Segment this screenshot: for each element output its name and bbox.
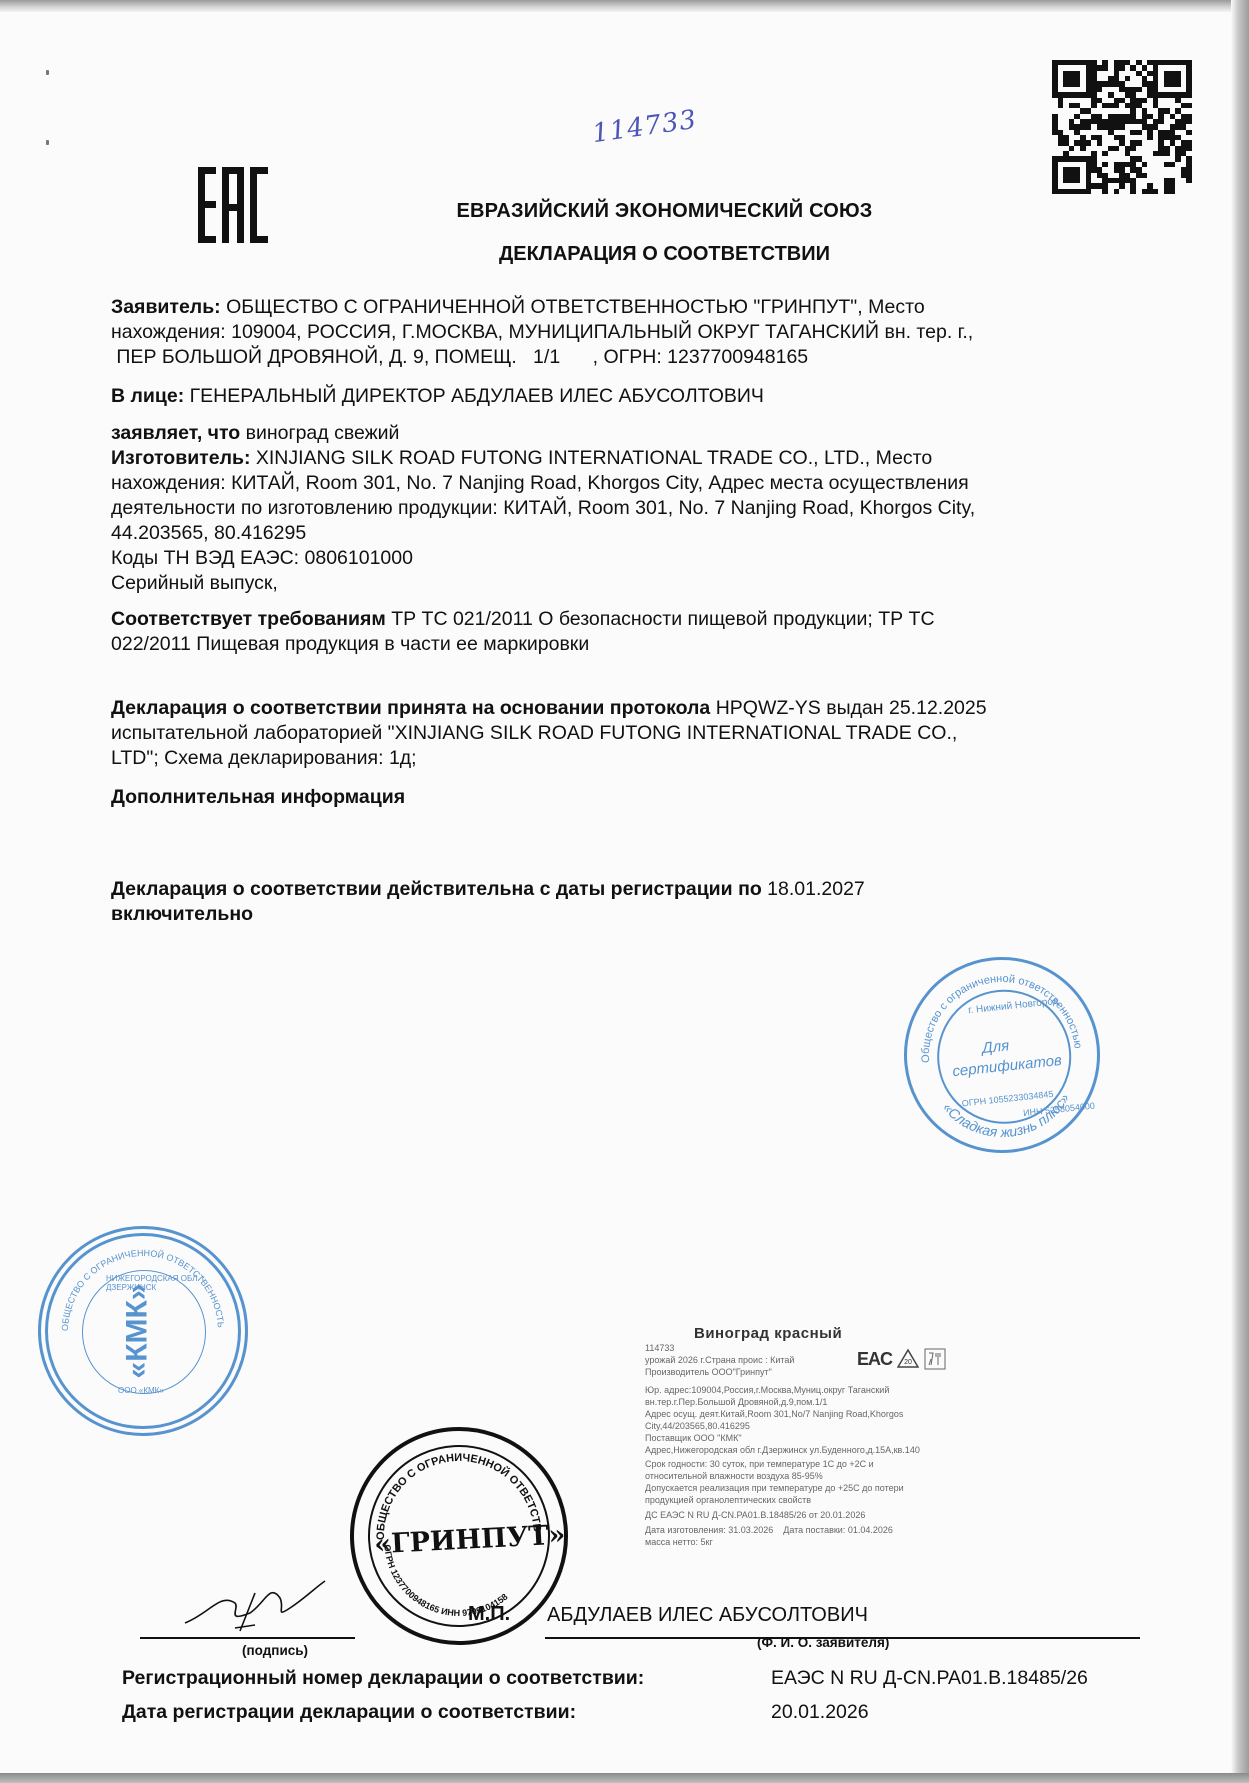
- eac-mark-icon: EAC: [857, 1353, 892, 1365]
- scan-speck: [46, 140, 49, 145]
- validity-suffix: включительно: [111, 903, 253, 925]
- signature-scribble: [180, 1573, 330, 1633]
- stamp-greenput: ОБЩЕСТВО С ОГРАНИЧЕННОЙ ОТВЕТСТВЕННОСТЬЮ…: [344, 1421, 573, 1650]
- document-title: ДЕКЛАРАЦИЯ О СООТВЕТСТВИИ: [0, 243, 1249, 266]
- label-lines-body: Юр. адрес:109004,Россия,г.Москва,Муниц.о…: [645, 1384, 920, 1548]
- label-title: Виноград красный: [694, 1328, 842, 1340]
- compliance-value: ТР ТС 021/2011 О безопасности пищевой пр…: [386, 608, 935, 630]
- release-type: Серийный выпуск,: [111, 571, 1151, 596]
- handwritten-number: 114733: [590, 105, 698, 149]
- represented-by-label: В лице:: [111, 385, 184, 407]
- stamp-center-1: Для: [981, 1037, 1010, 1057]
- scan-edge-right: [1231, 0, 1249, 1783]
- qr-code-icon: [1052, 60, 1192, 194]
- mp-mark: М.П.: [468, 1603, 510, 1626]
- scan-speck: [46, 70, 49, 75]
- label-icons: EAC 20: [857, 1348, 946, 1370]
- applicant-address-line: ПЕР БОЛЬШОЙ ДРОВЯНОЙ, Д. 9, ПОМЕЩ. 1/1 ,…: [111, 345, 1151, 370]
- label-line: Срок годности: 30 суток, при температуре…: [645, 1458, 920, 1470]
- label-line: Адрес осущ. деят.Китай,Room 301,No/7 Nan…: [645, 1408, 920, 1420]
- stamp-sweet-life: Общество с ограниченной ответственностью…: [894, 947, 1109, 1162]
- recycle-icon: 20: [897, 1348, 919, 1370]
- label-line: урожай 2026 г.Страна проис : Китай: [645, 1354, 794, 1366]
- represented-by-value: ГЕНЕРАЛЬНЫЙ ДИРЕКТОР АБДУЛАЕВ ИЛЕС АБУСО…: [184, 385, 764, 407]
- label-line: Юр. адрес:109004,Россия,г.Москва,Муниц.о…: [645, 1384, 920, 1396]
- declares-label: заявляет, что: [111, 422, 240, 444]
- protocol-value: HPQWZ-YS выдан 25.12.2025: [710, 697, 986, 719]
- stamp-kmk: ОБЩЕСТВО С ОГРАНИЧЕННОЙ ОТВЕТСТВЕННОСТЬЮ…: [38, 1226, 248, 1436]
- manufacturer-address-line: нахождения: КИТАЙ, Room 301, No. 7 Nanji…: [111, 471, 1151, 496]
- validity-section: Декларация о соответствии действительна …: [111, 877, 1151, 927]
- product-label: Виноград красный 114733 урожай 2026 г.Ст…: [642, 1320, 952, 1555]
- label-line: Допускается реализация при температуре д…: [645, 1482, 920, 1494]
- label-line: Дата изготовления: 31.03.2026 Дата поста…: [645, 1524, 920, 1536]
- applicant-label: Заявитель:: [111, 296, 221, 318]
- validity-date: 18.01.2027: [762, 878, 865, 900]
- reg-number-value: ЕАЭС N RU Д-CN.PA01.B.18485/26: [771, 1667, 1088, 1690]
- label-line: City,44/203565,80.416295: [645, 1420, 920, 1432]
- label-line: Производитель ООО"Гринпут": [645, 1366, 794, 1378]
- validity-label: Декларация о соответствии действительна …: [111, 878, 762, 900]
- scan-edge-bottom: [0, 1773, 1249, 1783]
- label-lines-top: 114733 урожай 2026 г.Страна проис : Кита…: [645, 1342, 794, 1378]
- label-line: относительной влажности воздуха 85-95%: [645, 1470, 920, 1482]
- applicant-section: Заявитель: ОБЩЕСТВО С ОГРАНИЧЕННОЙ ОТВЕТ…: [111, 295, 1151, 370]
- signature-caption: (подпись): [242, 1643, 308, 1658]
- food-safe-icon: [924, 1348, 946, 1370]
- reg-number-label: Регистрационный номер декларации о соотв…: [122, 1667, 644, 1690]
- reg-date-value: 20.01.2026: [771, 1701, 869, 1724]
- stamp-bottom: ООО «КМК»: [118, 1386, 164, 1395]
- label-line: продукцией органолептических свойств: [645, 1494, 920, 1506]
- basis-section: Декларация о соответствии принята на осн…: [111, 696, 1151, 771]
- product-name: виноград свежий: [240, 422, 399, 444]
- lab-line: испытательной лабораторией "XINJIANG SIL…: [111, 721, 1151, 746]
- manufacturer-name: XINJIANG SILK ROAD FUTONG INTERNATIONAL …: [250, 447, 932, 469]
- manufacturer-section: заявляет, что виноград свежий Изготовите…: [111, 421, 1151, 596]
- label-line: масса нетто: 5кг: [645, 1536, 920, 1548]
- compliance-value-cont: 022/2011 Пищевая продукция в части ее ма…: [111, 632, 1151, 657]
- label-line: 114733: [645, 1342, 794, 1354]
- reg-date-label: Дата регистрации декларации о соответств…: [122, 1701, 576, 1724]
- manufacturer-label: Изготовитель:: [111, 447, 250, 469]
- signature-line: [140, 1637, 355, 1639]
- basis-label: Декларация о соответствии принята на осн…: [111, 697, 710, 719]
- hs-codes: Коды ТН ВЭД ЕАЭС: 0806101000: [111, 546, 1151, 571]
- represented-by: В лице: ГЕНЕРАЛЬНЫЙ ДИРЕКТОР АБДУЛАЕВ ИЛ…: [111, 384, 1151, 409]
- label-line: Адрес,Нижегородская обл г.Дзержинск ул.Б…: [645, 1444, 920, 1456]
- additional-info: Дополнительная информация: [111, 785, 1151, 810]
- name-caption: (Ф. И. О. заявителя): [757, 1635, 889, 1650]
- additional-info-label: Дополнительная информация: [111, 786, 405, 808]
- label-line: вн.тер.г.Пер.Большой Дровяной,д.9,пом.1/…: [645, 1396, 920, 1408]
- applicant-name: ОБЩЕСТВО С ОГРАНИЧЕННОЙ ОТВЕТСТВЕННОСТЬЮ…: [221, 296, 925, 318]
- scan-edge-top: [0, 0, 1249, 12]
- manufacturer-coordinates: 44.203565, 80.416295: [111, 521, 1151, 546]
- label-line: Поставщик ООО "КМК": [645, 1432, 920, 1444]
- svg-text:20: 20: [904, 1359, 912, 1366]
- compliance-label: Соответствует требованиям: [111, 608, 386, 630]
- label-line: ДС ЕАЭС N RU Д-CN.PA01.В.18485/26 от 20.…: [645, 1509, 920, 1521]
- applicant-signatory-name: АБДУЛАЕВ ИЛЕС АБУСОЛТОВИЧ: [547, 1604, 868, 1627]
- stamp-center: «КМК»: [120, 1284, 154, 1379]
- applicant-address-line: нахождения: 109004, РОССИЯ, Г.МОСКВА, МУ…: [111, 320, 1151, 345]
- manufacturer-address-line: деятельности по изготовлению продукции: …: [111, 496, 1151, 521]
- scheme-line: LTD"; Схема декларирования: 1д;: [111, 746, 1151, 771]
- compliance-section: Соответствует требованиям ТР ТС 021/2011…: [111, 607, 1151, 657]
- stamp-ring-text: Общество с ограниченной ответственностью…: [898, 951, 1107, 1160]
- union-title: ЕВРАЗИЙСКИЙ ЭКОНОМИЧЕСКИЙ СОЮЗ: [0, 200, 1249, 223]
